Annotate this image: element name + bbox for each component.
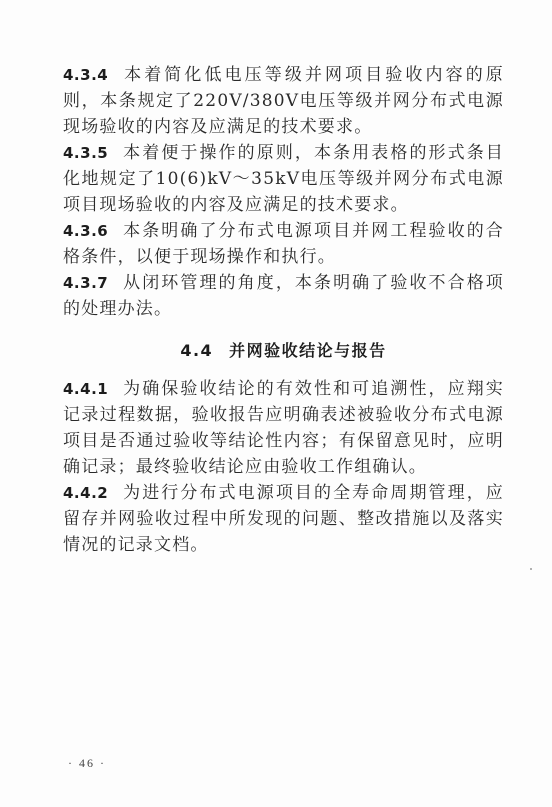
clause-number: 4.3.4 — [63, 66, 108, 84]
clause-4-3-7: 4.3.7从闭环管理的角度，本条明确了验收不合格项的处理办法。 — [63, 270, 504, 322]
clause-4-3-5: 4.3.5本着便于操作的原则，本条用表格的形式条目化地规定了10(6)kV～35… — [63, 140, 504, 218]
clause-text: 本条明确了分布式电源项目并网工程验收的合格条件，以便于现场操作和执行。 — [63, 221, 504, 267]
document-page: 4.3.4本着简化低电压等级并网项目验收内容的原则，本条规定了220V/380V… — [0, 0, 552, 807]
clause-number: 4.3.7 — [63, 274, 108, 292]
clause-number: 4.3.6 — [63, 222, 108, 240]
clause-number: 4.4.1 — [63, 380, 108, 398]
clause-4-3-4: 4.3.4本着简化低电压等级并网项目验收内容的原则，本条规定了220V/380V… — [63, 62, 504, 140]
clause-4-3-6: 4.3.6本条明确了分布式电源项目并网工程验收的合格条件，以便于现场操作和执行。 — [63, 218, 504, 270]
clause-text: 本着简化低电压等级并网项目验收内容的原则，本条规定了220V/380V电压等级并… — [63, 65, 504, 137]
heading-number: 4.4 — [180, 341, 213, 360]
clause-4-4-1: 4.4.1为确保验收结论的有效性和可追溯性，应翔实记录过程数据，验收报告应明确表… — [63, 376, 504, 480]
section-heading-4-4: 4.4并网验收结论与报告 — [63, 338, 504, 364]
clause-number: 4.4.2 — [63, 484, 108, 502]
clause-4-4-2: 4.4.2为进行分布式电源项目的全寿命周期管理，应留存并网验收过程中所发现的问题… — [63, 480, 504, 558]
clause-number: 4.3.5 — [63, 144, 108, 162]
heading-title: 并网验收结论与报告 — [229, 341, 387, 360]
clause-text: 为确保验收结论的有效性和可追溯性，应翔实记录过程数据，验收报告应明确表述被验收分… — [63, 379, 504, 477]
scan-speck — [530, 568, 532, 570]
page-number: · 46 · — [68, 756, 106, 771]
page-content: 4.3.4本着简化低电压等级并网项目验收内容的原则，本条规定了220V/380V… — [63, 62, 504, 558]
clause-text: 本着便于操作的原则，本条用表格的形式条目化地规定了10(6)kV～35kV电压等… — [63, 143, 504, 215]
clause-text: 从闭环管理的角度，本条明确了验收不合格项的处理办法。 — [63, 273, 504, 319]
clause-text: 为进行分布式电源项目的全寿命周期管理，应留存并网验收过程中所发现的问题、整改措施… — [63, 483, 504, 555]
